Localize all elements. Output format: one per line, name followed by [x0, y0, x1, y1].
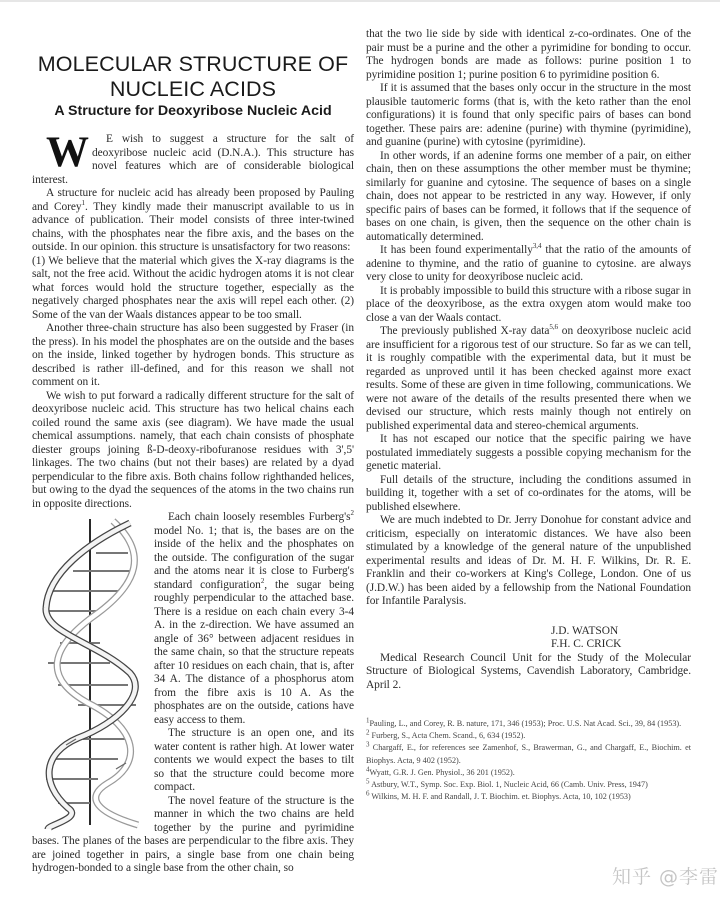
- paragraph-full-details: Full details of the structure, including…: [366, 474, 691, 515]
- author-watson: J.D. WATSON: [551, 625, 691, 639]
- paragraph-ratio: It has been found experimentally3,4 that…: [366, 244, 691, 285]
- paragraph-acknowledgements: We are much indebted to Dr. Jerry Donohu…: [366, 514, 691, 609]
- title-line-2: NUCLEIC ACIDS: [110, 77, 276, 101]
- affiliation: Medical Research Council Unit for the St…: [366, 652, 691, 693]
- reference-item: 2 Furberg, S., Acta Chem. Scand., 6, 634…: [366, 730, 691, 742]
- reference-item: 1Pauling, L., and Corey, R. B. nature, 1…: [366, 718, 691, 730]
- left-column: MOLECULAR STRUCTURE OF NUCLEIC ACIDS A S…: [32, 52, 354, 876]
- paragraph-reasons: (1) We believe that the material which g…: [32, 255, 354, 323]
- reference-item: 4Wyatt, G.R. J. Gen. Physiol., 36 201 (1…: [366, 767, 691, 779]
- paragraph-xray-data: The previously published X-ray data5,6 o…: [366, 325, 691, 433]
- paragraph-ribose: It is probably impossible to build this …: [366, 285, 691, 326]
- drop-cap: W: [32, 135, 89, 171]
- paragraph-intro: WE wish to suggest a structure for the s…: [32, 133, 354, 187]
- paragraph-copying-mechanism: It has not escaped our notice that the s…: [366, 433, 691, 474]
- paragraph-pauling-corey: A structure for nucleic acid has already…: [32, 187, 354, 255]
- paragraph-tautomeric: If it is assumed that the bases only occ…: [366, 82, 691, 150]
- paper-page: MOLECULAR STRUCTURE OF NUCLEIC ACIDS A S…: [0, 0, 720, 903]
- paragraph-pairing: In other words, if an adenine forms one …: [366, 150, 691, 245]
- right-column: that the two lie side by side with ident…: [366, 28, 691, 803]
- double-helix-diagram: [38, 513, 148, 831]
- paragraph-z-coordinates: that the two lie side by side with ident…: [366, 28, 691, 82]
- reference-item: 3 Chargaff, E., for references see Zamen…: [366, 742, 691, 766]
- paragraph-proposal: We wish to put forward a radically diffe…: [32, 390, 354, 512]
- authors: J.D. WATSON F.H. C. CRICK: [551, 625, 691, 652]
- reference-item: 6 Wilkins, M. H. F. and Randall, J. T. B…: [366, 791, 691, 803]
- article-subtitle: A Structure for Deoxyribose Nucleic Acid: [32, 103, 354, 119]
- reference-item: 5 Astbury, W.T., Symp. Soc. Exp. Biol. 1…: [366, 779, 691, 791]
- paragraph-fraser: Another three-chain structure has also b…: [32, 322, 354, 390]
- author-crick: F.H. C. CRICK: [551, 638, 691, 652]
- watermark: 知乎 @李雷: [612, 862, 719, 889]
- title-line-1: MOLECULAR STRUCTURE OF: [38, 52, 348, 76]
- figure-section: Each chain loosely resembles Furberg's2 …: [32, 511, 354, 876]
- references-list: 1Pauling, L., and Corey, R. B. nature, 1…: [366, 718, 691, 803]
- article-title: MOLECULAR STRUCTURE OF NUCLEIC ACIDS: [32, 52, 354, 102]
